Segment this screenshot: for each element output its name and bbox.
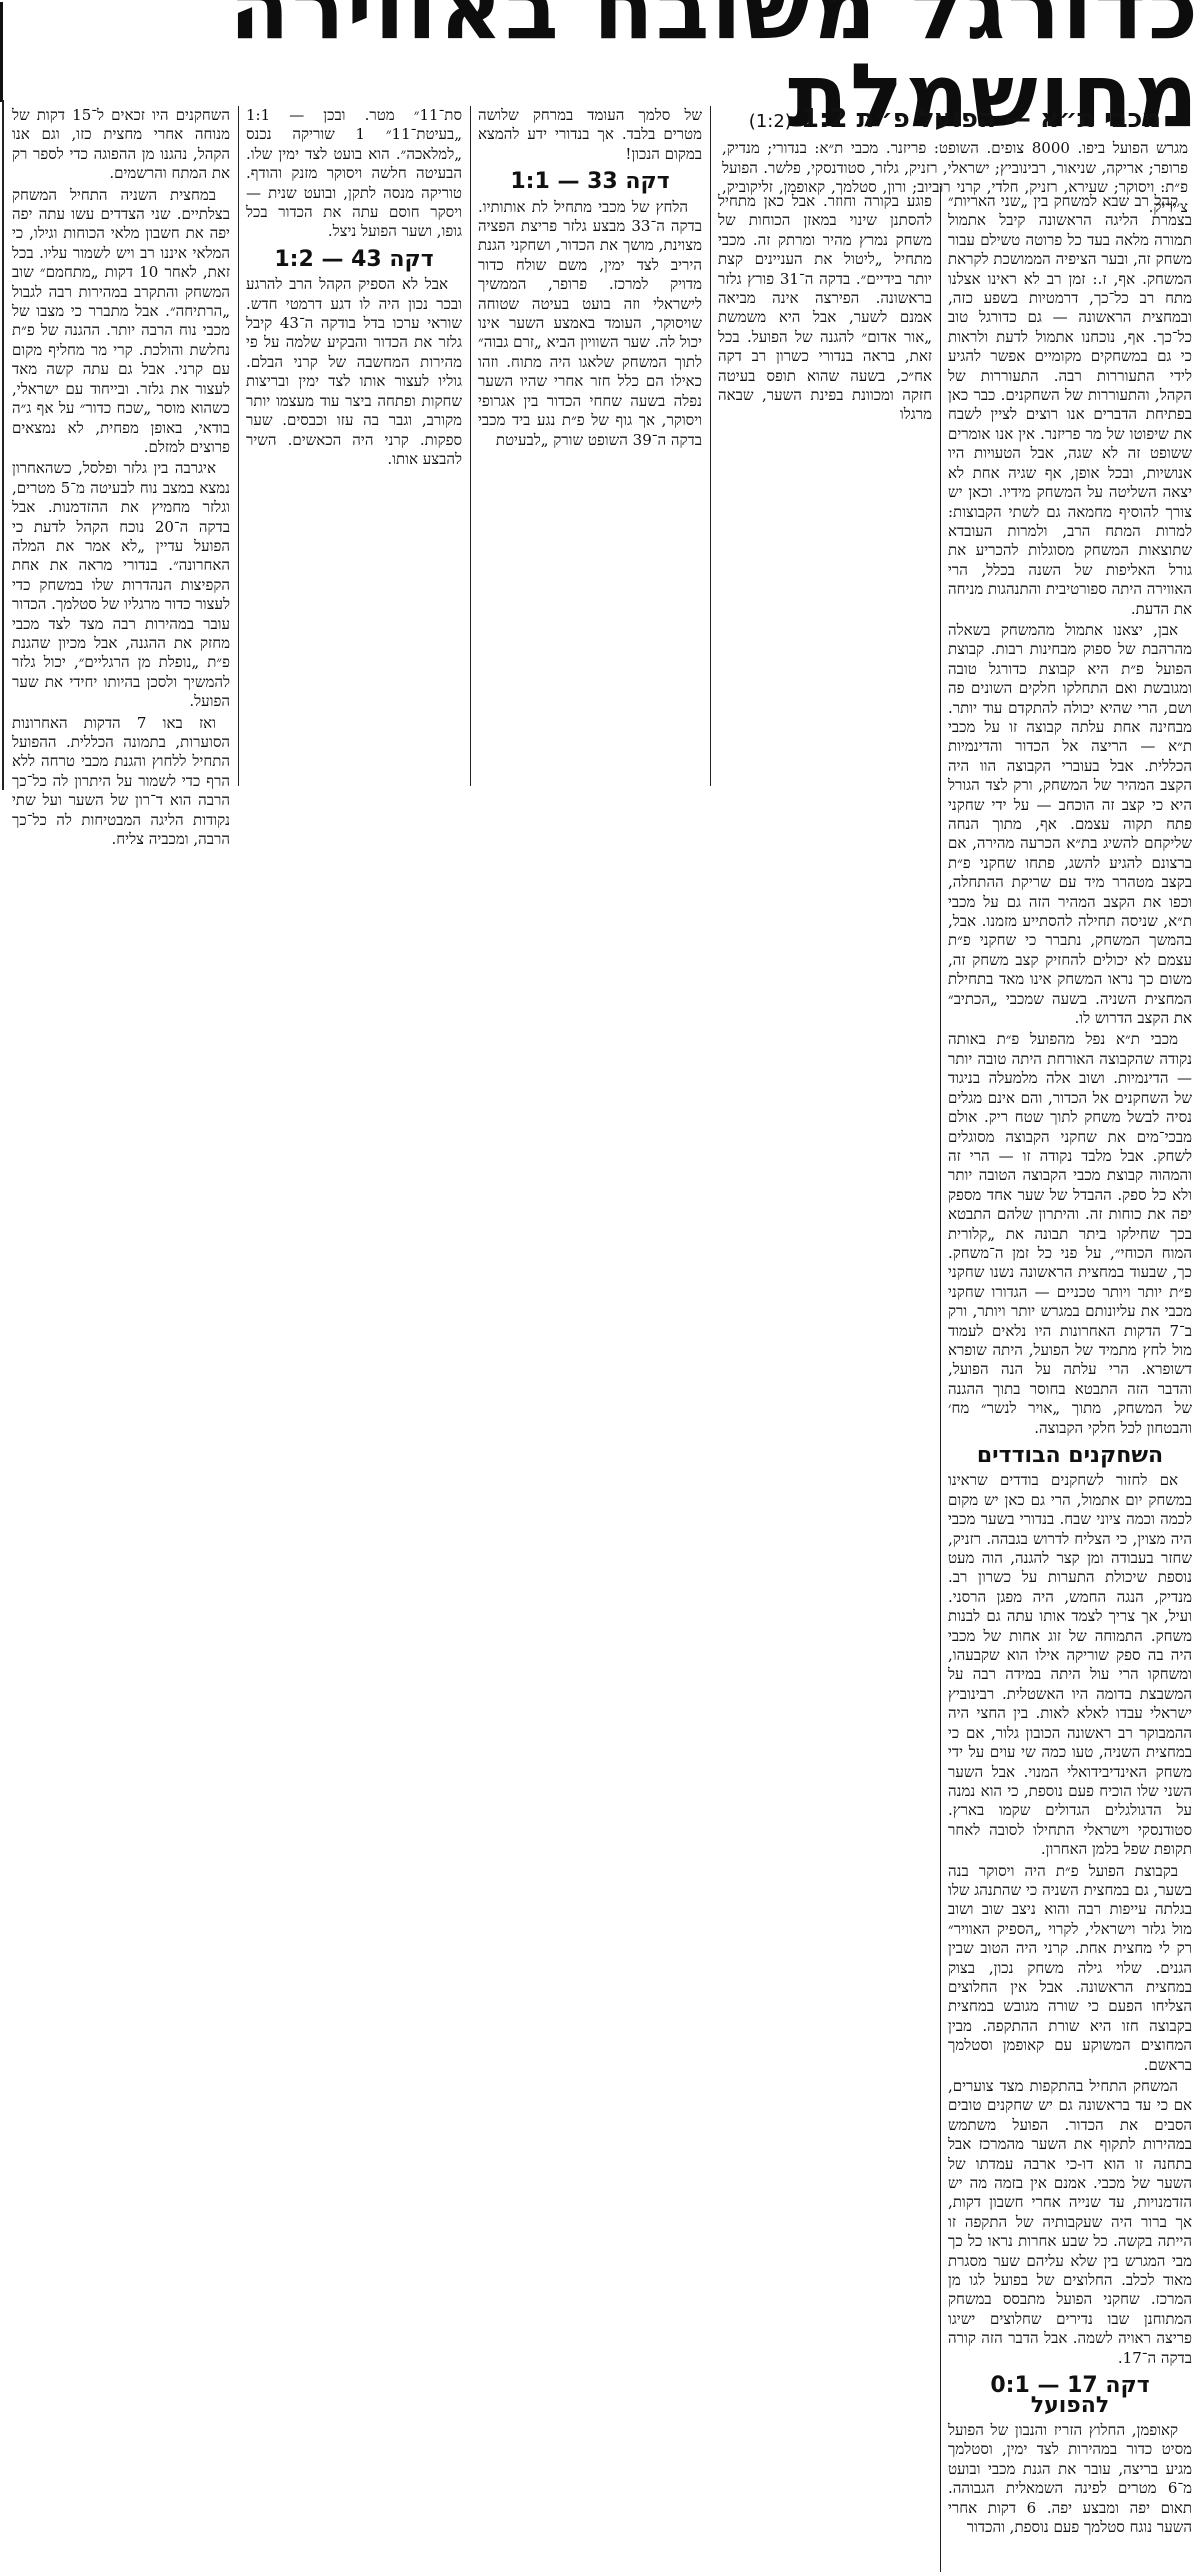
column-3: של סלמך העומד במרחק שלושה מטרים בלבד. אך… bbox=[470, 106, 710, 452]
headline: כדורגל משובח באווירה מחושמלת bbox=[0, 2, 1200, 102]
paragraph: השחקנים היו זכאים ל־15 דקות של מנוחה אחר… bbox=[12, 106, 230, 184]
paragraph: אבן, יצאנו אתמול מהמשחק בשאלה מהרהבת של … bbox=[948, 621, 1192, 1029]
column-2: פוגע בקורה וחוזר. אבל כאן מתחיל להסתנן ש… bbox=[710, 192, 940, 427]
match-score: 1:2 bbox=[801, 104, 848, 134]
column-5: השחקנים היו זכאים ל־15 דקות של מנוחה אחר… bbox=[4, 106, 238, 851]
paragraph: המשחק התחיל בהתקפות מצד צוערים, אם כי עד… bbox=[948, 2077, 1192, 2368]
paragraph: ואז באו 7 הדקות האחרונות הסוערות, בתמונה… bbox=[12, 714, 230, 850]
paragraph: בקבוצת הפועל פ״ת היה ויסוקר בנה בשער, גם… bbox=[948, 1862, 1192, 2075]
paragraph: במחצית השניה התחיל המשחק בצלתיים. שני הצ… bbox=[12, 186, 230, 458]
halftime-score: (1:2) bbox=[749, 111, 792, 132]
subheading-players: השחקנים הבודדים bbox=[948, 1446, 1192, 1465]
column-4: סת־11״ מטר. ובכן — 1:1 „בעיטת־11״ 1 שורי… bbox=[238, 106, 470, 471]
match-teams: מכבי ת״א — הפועל פ״ת bbox=[857, 104, 1162, 134]
paragraph: קאופמן, החלוץ הזריז והנבון של הפועל מסיט… bbox=[948, 2421, 1192, 2537]
paragraph: פוגע בקורה וחוזר. אבל כאן מתחיל להסתנן ש… bbox=[718, 192, 932, 425]
paragraph: של סלמך העומד במרחק שלושה מטרים בלבד. אך… bbox=[478, 106, 702, 164]
subheading-minute-33: דקה 33 — 1:1 bbox=[478, 172, 702, 191]
subheading-minute-17: דקה 17 — 0:1 להפועל bbox=[948, 2376, 1192, 2415]
subheading-minute-43: דקה 43 — 1:2 bbox=[246, 250, 462, 269]
paragraph: קהל רב שבא למשחק בין „שני האריות״ בצמרת … bbox=[948, 192, 1192, 619]
paragraph: אבל לא הספיק הקהל הרב להרגע ובכר נכון הי… bbox=[246, 275, 462, 469]
paragraph: אם לחזור לשחקנים בודדים שראינו במשחק יום… bbox=[948, 1471, 1192, 1859]
paragraph: סת־11״ מטר. ובכן — 1:1 „בעיטת־11״ 1 שורי… bbox=[246, 106, 462, 242]
column-right: קהל רב שבא למשחק בין „שני האריות״ בצמרת … bbox=[940, 192, 1200, 2539]
paragraph: איגרבה בין גלזר ופלסל, כשהאחרון נמצא במצ… bbox=[12, 459, 230, 711]
paragraph: מכבי ת״א נפל מהפועל פ״ת באותה נקודה שהקב… bbox=[948, 1030, 1192, 1438]
paragraph: הלחץ של מכבי מתחיל לת אותותיו. בדקה ה־33… bbox=[478, 198, 702, 450]
venue-line: מגרש הפועל ביפו. 8000 צופים. השופט: פריז… bbox=[886, 139, 1188, 157]
match-title: מכבי ת״א — הפועל פ״ת 1:2 (1:2) bbox=[718, 110, 1192, 131]
